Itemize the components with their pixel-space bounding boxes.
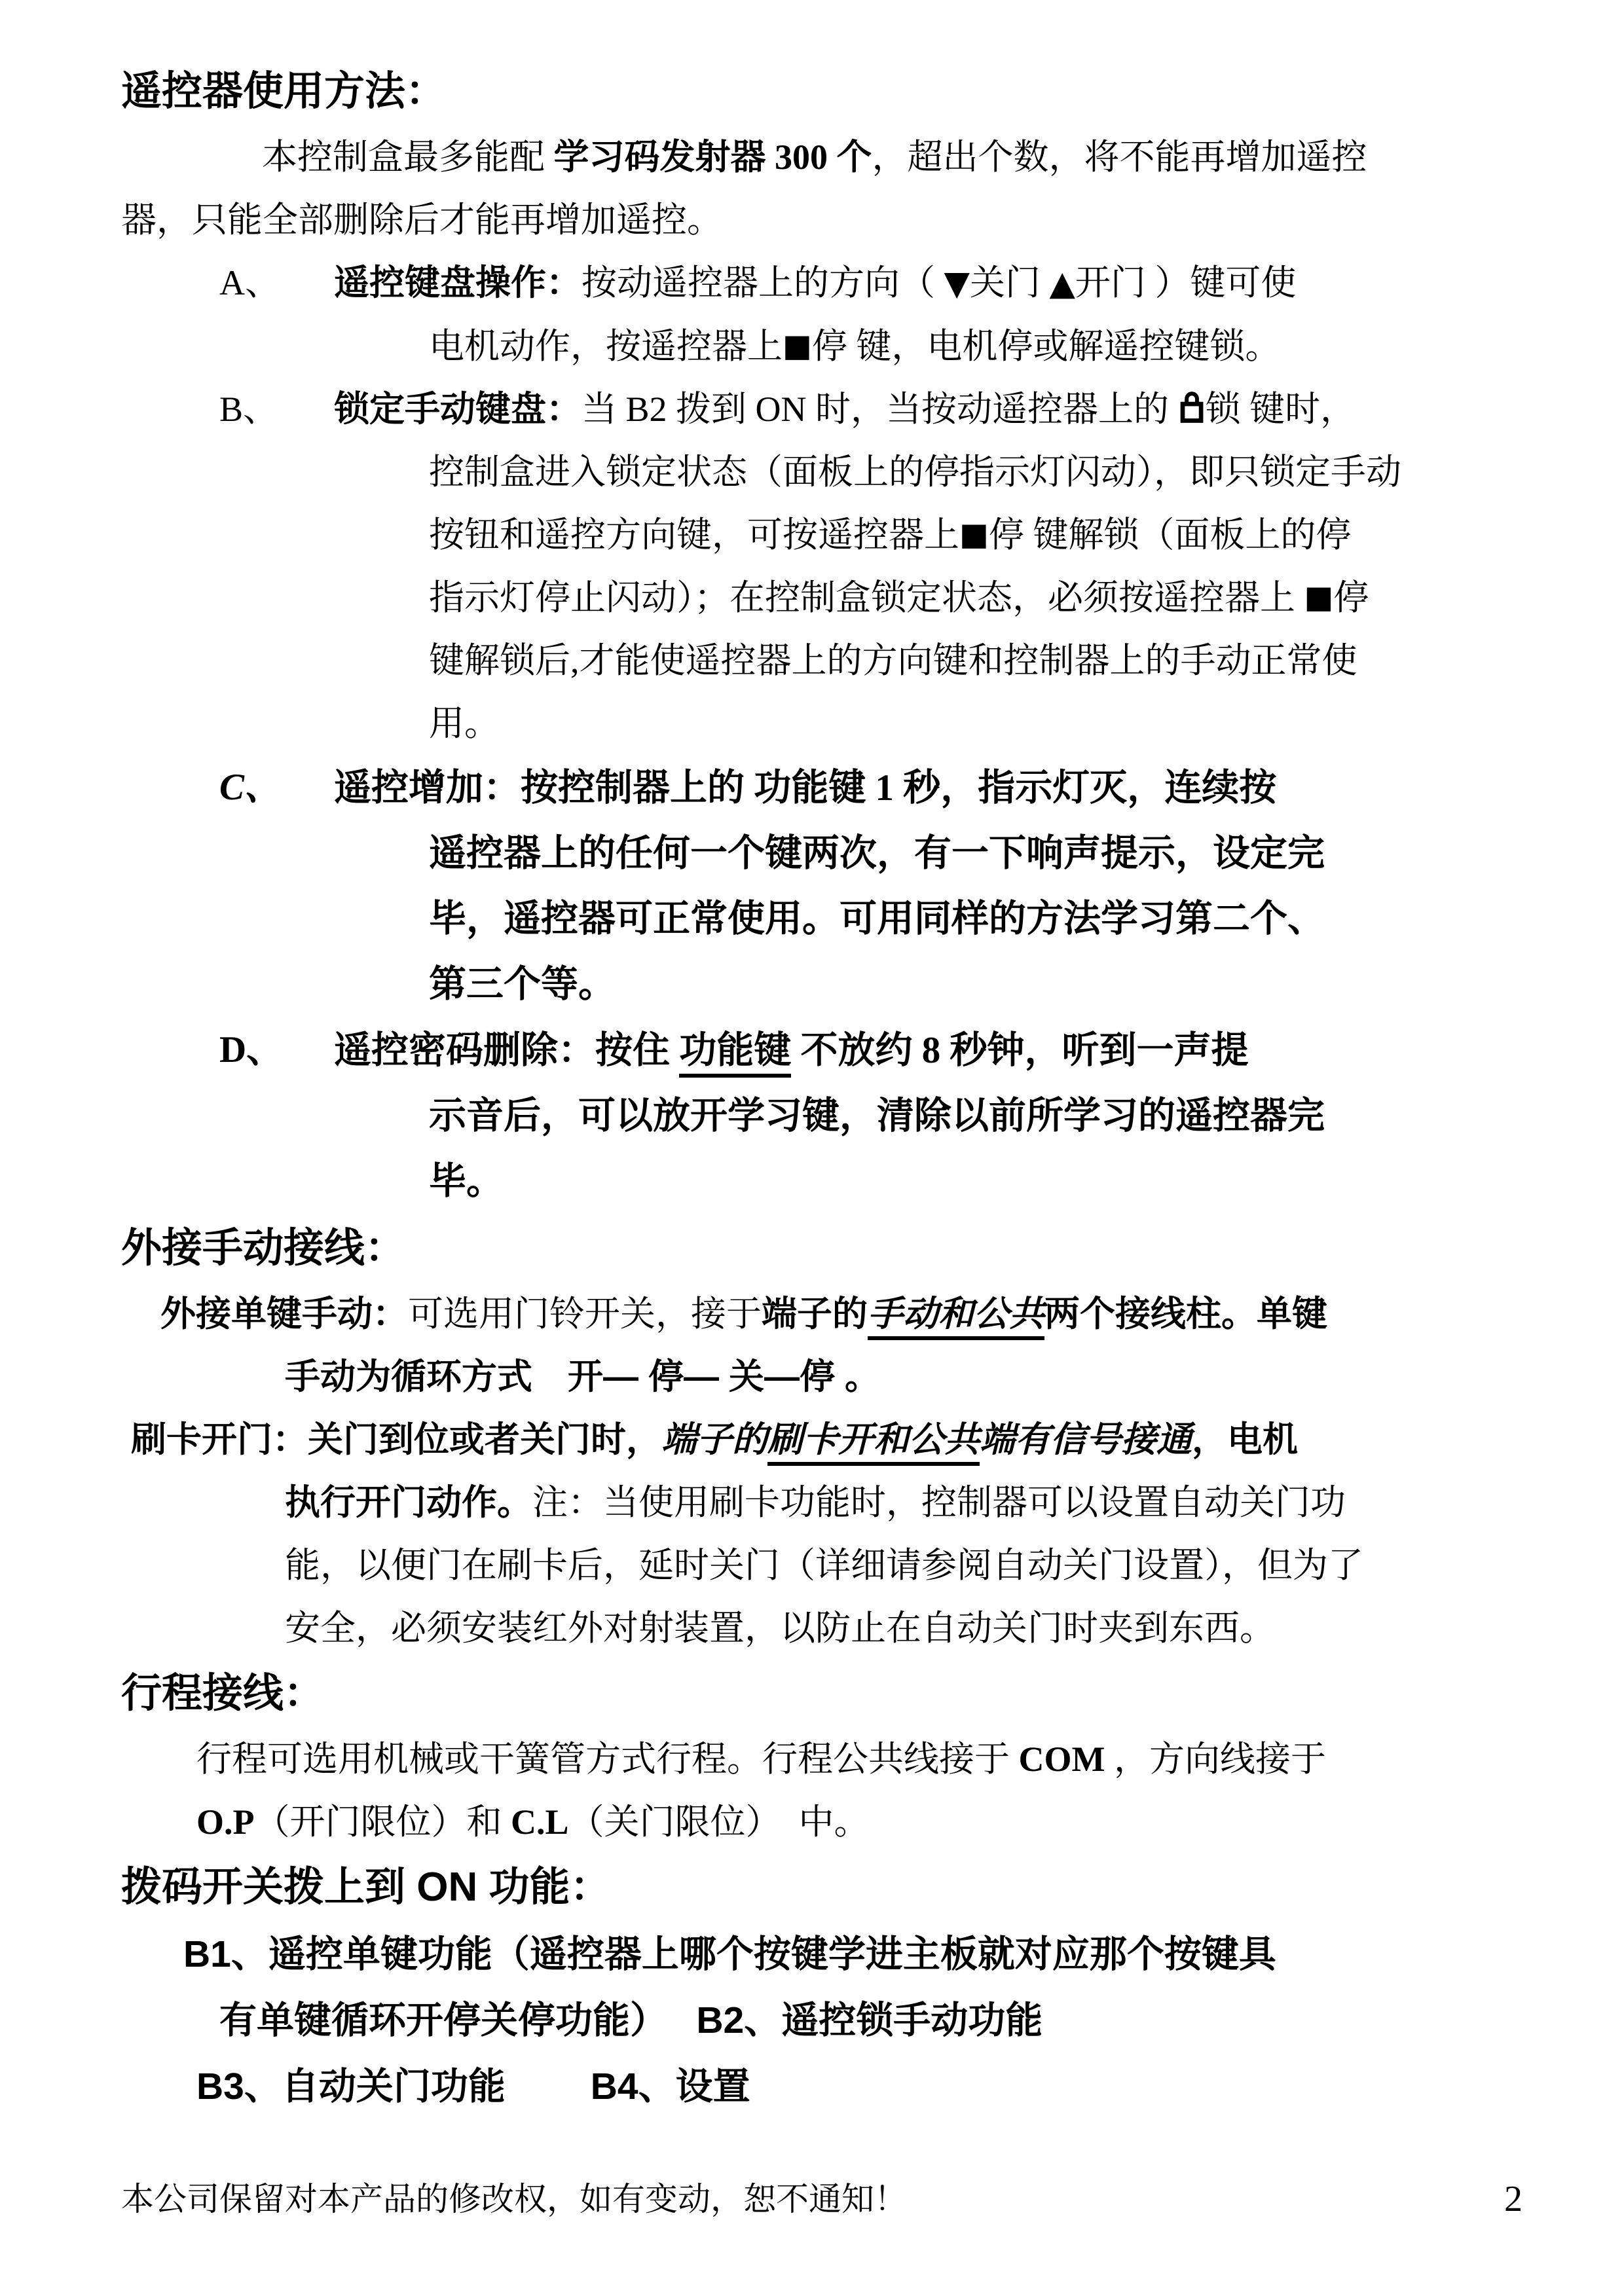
text-run: 功能键	[679, 1030, 791, 1078]
text-run: 外接单键手动：	[160, 1294, 408, 1334]
text-line: 有单键循环开停关停功能） B2、遥控锁手动功能	[219, 1988, 1513, 2054]
text-line: 能，以便门在刷卡后，延时关门（详细请参阅自动关门设置），但为了	[285, 1534, 1513, 1597]
text-run: COM	[1019, 1740, 1105, 1779]
text-run: 两个接线柱。单键	[1044, 1294, 1327, 1334]
text-run: ，超出个数，将不能再增加遥控	[872, 137, 1367, 177]
text-run: 遥控键盘操作：	[334, 263, 581, 302]
text-line: 毕。	[429, 1149, 1513, 1214]
list-item-label: A、	[219, 251, 280, 314]
manual-page: 遥控器使用方法： 本控制盒最多能配 学习码发射器 300 个，超出个数，将不能再…	[0, 0, 1624, 2296]
text-run: 手动为循环方式 开— 停— 关—停 。	[285, 1357, 880, 1396]
text-line: 控制盒进入锁定状态（面板上的停指示灯闪动），即只锁定手动	[429, 441, 1513, 503]
text-line: 毕，遥控器可正常使用。可用同样的方法学习第二个、	[429, 886, 1513, 952]
text-line: 指示灯停止闪动）；在控制盒锁定状态，必须按遥控器上 ■停	[429, 566, 1513, 629]
text-run: O.P	[196, 1802, 255, 1842]
text-line: 遥控密码删除：按住 功能键 不放约 8 秒钟，听到一声提	[334, 1017, 1513, 1084]
text-run: 电机动作，按遥控器上	[429, 327, 783, 366]
text-run: 端子的	[762, 1294, 868, 1334]
text-run: 不放约 8 秒钟，听到一声提	[791, 1030, 1248, 1071]
text-run: 行程可选用机械或干簧管方式行程。行程公共线接于	[196, 1740, 1019, 1779]
text-run: 停	[1333, 578, 1369, 617]
text-line: 示音后，可以放开学习键，清除以前所学习的遥控器完	[429, 1084, 1513, 1149]
page-number: 2	[1504, 2179, 1522, 2219]
text-run: 按住	[595, 1030, 679, 1071]
text-run: 关门	[970, 263, 1050, 302]
text-line: 本控制盒最多能配 学习码发射器 300 个，超出个数，将不能再增加遥控	[121, 126, 1513, 189]
text-run: 注：当使用刷卡功能时，控制器可以设置自动关门功	[532, 1483, 1346, 1522]
card-open-paragraph: 刷卡开门：关门到位或者关门时，端子的刷卡开和公共端有信号接通，电机 执行开门动作…	[121, 1408, 1513, 1660]
text-line: 遥控增加：按控制器上的 功能键 1 秒，指示灯灭，连续按	[334, 755, 1513, 821]
text-run: 遥控器上的任何一个键两次，有一下响声提示，设定完	[429, 833, 1325, 874]
text-line: O.P（开门限位）和 C.L（关门限位） 中。	[196, 1791, 1513, 1853]
list-item-c: C、 遥控增加：按控制器上的 功能键 1 秒，指示灯灭，连续按 遥控器上的任何一…	[121, 755, 1513, 1017]
text-run: 学习码发射器 300 个	[554, 137, 872, 177]
down-triangle-icon: ▼	[944, 264, 970, 303]
text-run: 第三个等。	[429, 964, 616, 1005]
text-run: 端子的	[661, 1420, 767, 1459]
text-run: 指示灯停止闪动）；在控制盒锁定状态，必须按遥控器上	[429, 578, 1304, 617]
text-run: 有单键循环开停关停功能） B2、遥控锁手动功能	[219, 1999, 1043, 2041]
travel-wiring-paragraph: 行程可选用机械或干簧管方式行程。行程公共线接于 COM ，方向线接于 O.P（开…	[121, 1728, 1513, 1853]
text-run: 刷卡开门：	[131, 1420, 308, 1459]
text-run: B1、遥控单键功能（遥控器上哪个按键学进主板就对应那个按键具	[183, 1933, 1276, 1975]
list-item-d: D、 遥控密码删除：按住 功能键 不放约 8 秒钟，听到一声提 示音后，可以放开…	[121, 1017, 1513, 1214]
text-line: 电机动作，按遥控器上■停 键，电机停或解遥控键锁。	[429, 315, 1513, 378]
section-title-travel-wiring: 行程接线：	[121, 1660, 1513, 1728]
stop-square-icon: ■	[783, 328, 812, 364]
text-line: 遥控器上的任何一个键两次，有一下响声提示，设定完	[429, 821, 1513, 886]
intro-paragraph: 本控制盒最多能配 学习码发射器 300 个，超出个数，将不能再增加遥控 器，只能…	[121, 126, 1513, 251]
stop-square-icon: ■	[959, 517, 989, 553]
list-item-label: C、	[219, 755, 282, 820]
text-run: 按控制器上的 功能键 1 秒，指示灯灭，连续按	[521, 767, 1276, 809]
text-run: 毕。	[429, 1161, 504, 1202]
stop-square-icon: ■	[1304, 579, 1334, 615]
text-run: 毕，遥控器可正常使用。可用同样的方法学习第二个、	[429, 898, 1325, 939]
text-line: 外接单键手动：可选用门铃开关，接于端子的手动和公共两个接线柱。单键	[160, 1283, 1513, 1345]
text-run: 键解锁后,才能使遥控器上的方向键和控制器上的手动正常使	[429, 641, 1357, 680]
text-run: 器，只能全部删除后才能再增加遥控。	[121, 200, 722, 240]
single-key-manual-paragraph: 外接单键手动：可选用门铃开关，接于端子的手动和公共两个接线柱。单键 手动为循环方…	[121, 1283, 1513, 1408]
text-line: 器，只能全部删除后才能再增加遥控。	[121, 189, 1513, 251]
text-line: 手动为循环方式 开— 停— 关—停 。	[285, 1345, 1513, 1408]
text-run: 刷卡开和公共	[767, 1420, 980, 1466]
text-line: 第三个等。	[429, 952, 1513, 1017]
text-run: B3、自动关门功能 B4、设置	[196, 2066, 750, 2107]
list-item-label: D、	[219, 1017, 284, 1083]
text-run: 用。	[429, 704, 500, 743]
page-footer: 本公司保留对本产品的修改权，如有变动，恕不通知！ 2	[121, 2179, 1522, 2219]
lock-icon	[1178, 388, 1206, 429]
text-line: 遥控键盘操作：按动遥控器上的方向（ ▼关门 ▲开门 ）键可使	[334, 251, 1513, 315]
list-item-b: B、 锁定手动键盘：当 B2 拨到 ON 时，当按动遥控器上的 锁 键时， 控制…	[121, 378, 1513, 755]
text-line: 执行开门动作。注：当使用刷卡功能时，控制器可以设置自动关门功	[285, 1471, 1513, 1534]
dip-switch-paragraph: B1、遥控单键功能（遥控器上哪个按键学进主板就对应那个按键具 有单键循环开停关停…	[121, 1922, 1513, 2120]
page-content: 遥控器使用方法： 本控制盒最多能配 学习码发射器 300 个，超出个数，将不能再…	[0, 0, 1624, 2120]
text-run: 执行开门动作。	[285, 1483, 532, 1522]
text-line: 刷卡开门：关门到位或者关门时，端子的刷卡开和公共端有信号接通，电机	[131, 1408, 1513, 1471]
text-run: C.L	[511, 1802, 569, 1842]
text-run: 能，以便门在刷卡后，延时关门（详细请参阅自动关门设置），但为了	[285, 1546, 1363, 1585]
text-run: 当 B2 拨到 ON 时，当按动遥控器上的	[581, 390, 1178, 429]
text-line: 锁定手动键盘：当 B2 拨到 ON 时，当按动遥控器上的 锁 键时，	[334, 378, 1513, 441]
text-run: 示音后，可以放开学习键，清除以前所学习的遥控器完	[429, 1095, 1325, 1137]
text-run: 关门到位或者关门时，	[308, 1420, 661, 1459]
text-line: 键解锁后,才能使遥控器上的方向键和控制器上的手动正常使	[429, 629, 1513, 692]
text-run: 锁定手动键盘：	[334, 390, 581, 429]
text-run: 控制盒进入锁定状态（面板上的停指示灯闪动），即只锁定手动	[429, 452, 1401, 492]
text-run: 停 键，电机停或解遥控键锁。	[812, 327, 1281, 366]
footer-note: 本公司保留对本产品的修改权，如有变动，恕不通知！	[121, 2179, 907, 2219]
text-run: 开门 ）键可使	[1075, 263, 1297, 302]
text-run: 遥控密码删除：	[334, 1029, 595, 1071]
text-run: （关门限位） 中。	[569, 1802, 870, 1842]
up-triangle-icon: ▲	[1049, 264, 1075, 303]
text-run: 按钮和遥控方向键，可按遥控器上	[429, 515, 959, 555]
text-line: B3、自动关门功能 B4、设置	[196, 2054, 1513, 2120]
text-run: 按动遥控器上的方向（	[581, 263, 944, 302]
text-line: B1、遥控单键功能（遥控器上哪个按键学进主板就对应那个按键具	[183, 1922, 1513, 1988]
text-run: 可选用门铃开关，接于	[408, 1294, 762, 1334]
text-run: 手动和公共	[868, 1294, 1044, 1340]
section-title-external-manual-wiring: 外接手动接线：	[121, 1214, 1513, 1283]
text-run: 端有信号接通	[980, 1420, 1192, 1459]
list-item-a: A、 遥控键盘操作：按动遥控器上的方向（ ▼关门 ▲开门 ）键可使 电机动作，按…	[121, 251, 1513, 378]
text-line: 按钮和遥控方向键，可按遥控器上■停 键解锁（面板上的停	[429, 503, 1513, 566]
text-run: 安全，必须安装红外对射装置，以防止在自动关门时夹到东西。	[285, 1609, 1275, 1648]
section-title-dip-switch-on: 拨码开关拨上到 ON 功能：	[121, 1853, 1513, 1922]
text-run: 本控制盒最多能配	[262, 137, 554, 177]
text-run: ，电机	[1192, 1420, 1298, 1459]
text-line: 安全，必须安装红外对射装置，以防止在自动关门时夹到东西。	[285, 1597, 1513, 1660]
text-run: 停 键解锁（面板上的停	[989, 515, 1352, 555]
list-item-label: B、	[219, 378, 278, 441]
text-run: 锁 键时，	[1206, 390, 1356, 429]
section-title-remote-usage: 遥控器使用方法：	[121, 58, 1513, 126]
text-line: 用。	[429, 692, 1513, 755]
text-run: ，方向线接于	[1105, 1740, 1326, 1779]
text-line: 行程可选用机械或干簧管方式行程。行程公共线接于 COM ，方向线接于	[196, 1728, 1513, 1791]
text-run: （开门限位）和	[255, 1802, 511, 1842]
text-run: 遥控增加：	[334, 767, 521, 809]
